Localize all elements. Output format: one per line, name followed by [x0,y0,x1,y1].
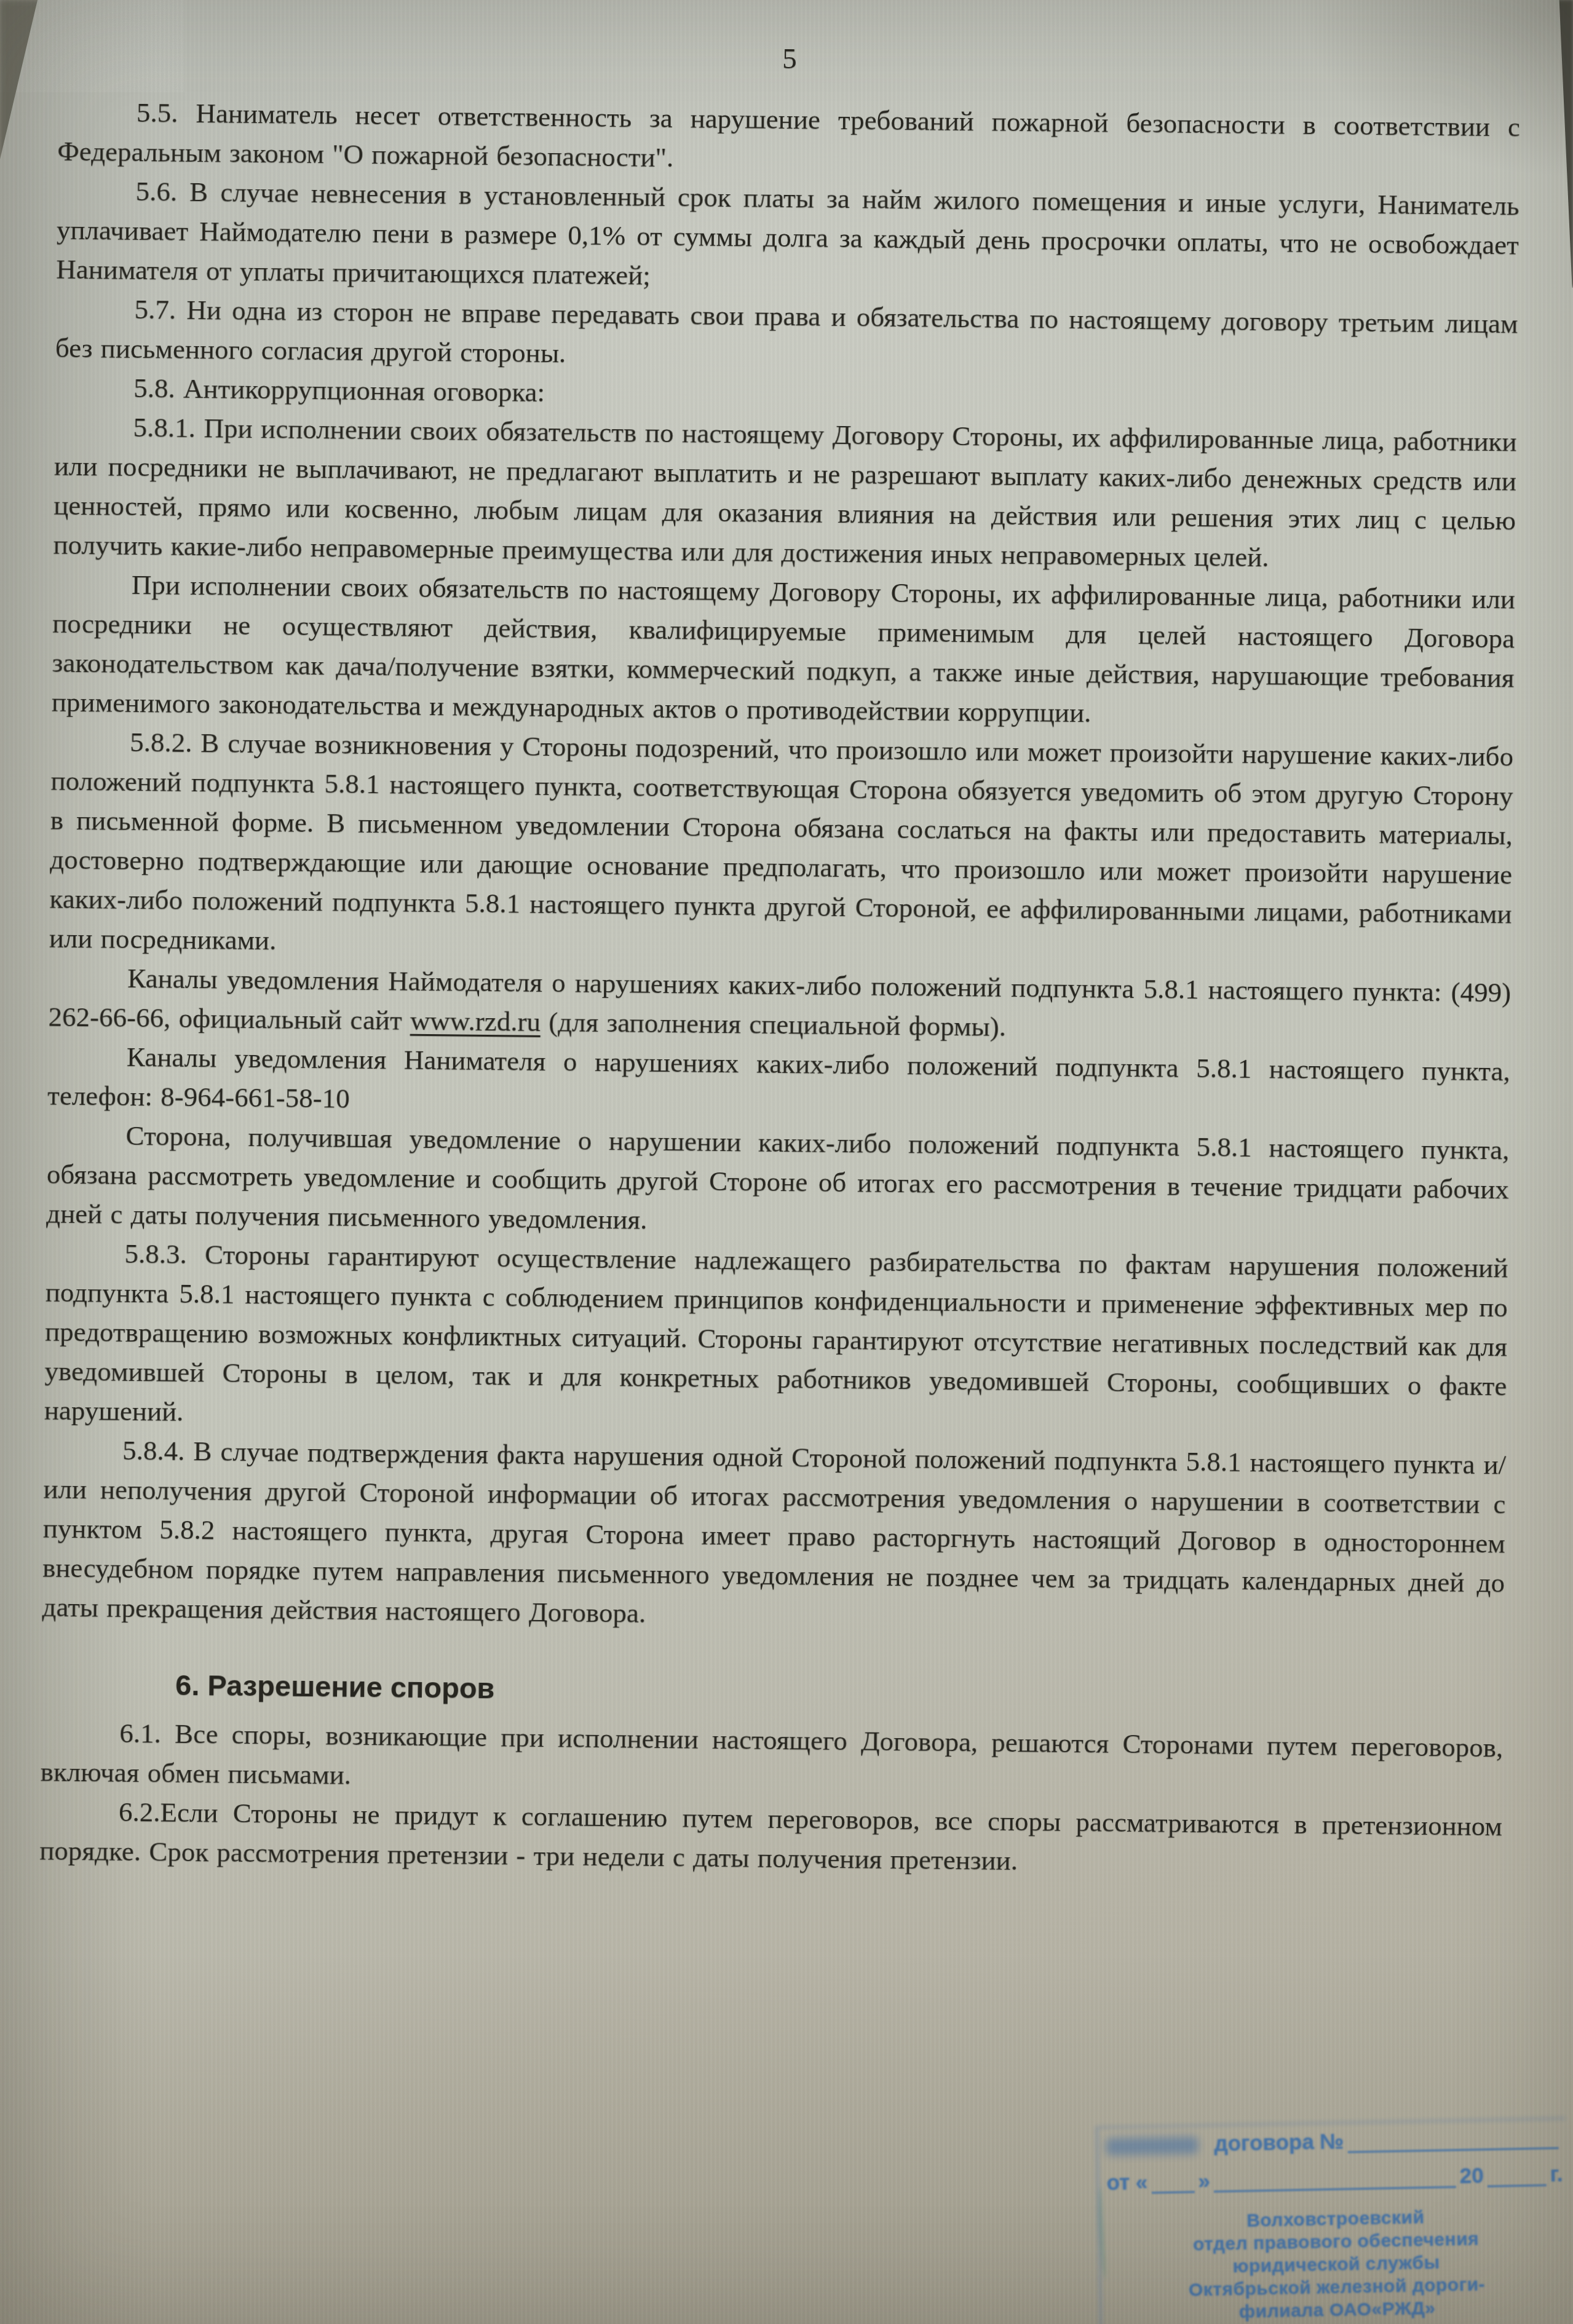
stamp-year-suffix: г. [1550,2160,1563,2189]
paragraph: Каналы уведомления Наймодателя о нарушен… [48,958,1511,1052]
stamp-close-quote: » [1198,2167,1210,2196]
stamp-contract-label: договора № [1214,2128,1344,2159]
paragraph: 5.8.1. При исполнении своих обязательств… [53,407,1517,580]
website-link-text: www.rzd.ru [410,1005,541,1037]
paragraph: 6.1. Все споры, возникающие при исполнен… [40,1712,1503,1806]
paragraph: 5.8.2. В случае возникновения у Стороны … [49,722,1514,973]
page-number: 5 [58,33,1521,85]
paragraph: При исполнении своих обязательств по нас… [52,564,1516,737]
document-page: 5 5.5. Наниматель несет ответственность … [0,0,1573,1886]
stamp-from-label: от « [1106,2168,1148,2197]
scanned-contract-page-photo: 5 5.5. Наниматель несет ответственность … [0,0,1573,2324]
stamp-date-line: от « » 20 г. [1106,2160,1563,2197]
stamp-smudge [1106,2136,1199,2156]
paragraph: 5.8.4. В случае подтверждения факта нару… [42,1429,1506,1642]
paragraph: 5.6. В случае невнесения в установленный… [56,171,1520,304]
stamp-blank-day [1151,2172,1195,2194]
stamp-blank-line [1347,2128,1558,2154]
paragraph: 5.7. Ни одна из сторон не вправе передав… [55,289,1518,383]
paragraph: Каналы уведомления Нанимателя о нарушени… [47,1037,1510,1131]
legal-department-stamp: договора № от « » 20 г. Волховстроевский… [1106,2124,1566,2324]
stamp-contract-number-line: договора № [1106,2124,1563,2160]
stamp-organization-block: Волховстроевскийотдел правового обеспече… [1107,2203,1565,2324]
stamp-year-label: 20 [1459,2162,1484,2191]
section-heading: 6. Разрешение споров [175,1666,1504,1718]
paragraph: Сторона, получившая уведомление о наруше… [46,1115,1510,1249]
stamp-blank-year [1487,2165,1547,2188]
paragraph: 6.2.Если Стороны не придут к соглашению … [39,1791,1502,1885]
paragraph: 5.8.3. Стороны гарантируют осуществление… [44,1233,1508,1445]
paragraph: 5.5. Наниматель несет ответственность за… [57,92,1520,186]
stamp-blank-month [1214,2167,1457,2193]
document-body: 5.5. Наниматель несет ответственность за… [39,92,1520,1886]
